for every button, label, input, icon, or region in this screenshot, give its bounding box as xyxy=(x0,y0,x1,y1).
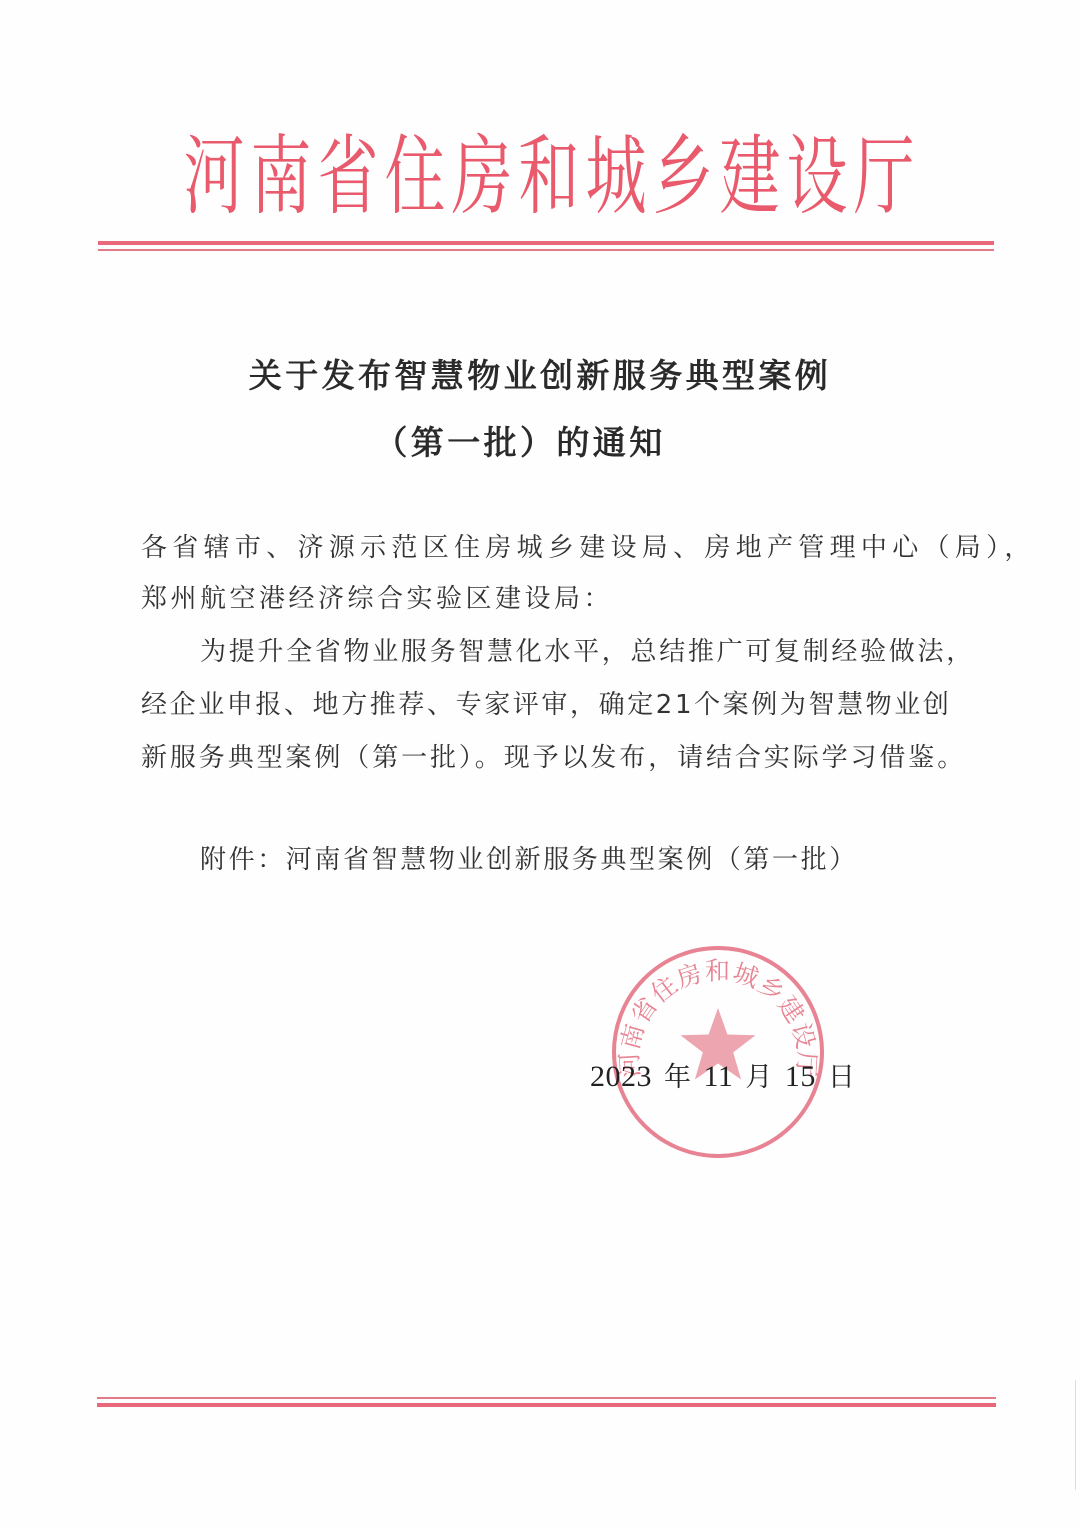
footer-rule-thick xyxy=(97,1403,996,1407)
attachment-line: 附件：河南省智慧物业创新服务典型案例（第一批） xyxy=(200,845,858,875)
notice-title-line-1: 关于发布智慧物业创新服务典型案例 xyxy=(0,350,1080,397)
masthead-rule-thin xyxy=(98,249,994,251)
scan-edge-line xyxy=(1075,1380,1076,1490)
date-month-unit: 月 xyxy=(745,1055,773,1094)
date-month: 11 xyxy=(704,1060,734,1094)
body-line-3: 新服务典型案例（第一批）。现予以发布，请结合实际学习借鉴。 xyxy=(141,743,966,773)
date-year: 2023 xyxy=(590,1060,652,1094)
issue-date: 2023年11月15日 xyxy=(590,1055,867,1094)
addressee-line-1: 各省辖市、济源示范区住房城乡建设局、房地产管理中心（局）， xyxy=(141,533,1036,563)
addressee-line-2: 郑州航空港经济综合实验区建设局： xyxy=(141,584,613,614)
official-seal: 河南省住房和城乡建设厅 xyxy=(606,940,830,1164)
notice-title-line-2: （第一批）的通知 xyxy=(0,417,1060,464)
document-page: 河南省住房和城乡建设厅 关于发布智慧物业创新服务典型案例 （第一批）的通知 各省… xyxy=(0,0,1080,1529)
body-line-2: 经企业申报、地方推荐、专家评审，确定21个案例为智慧物业创 xyxy=(141,690,952,720)
footer-rule-thin xyxy=(97,1397,996,1399)
date-day-unit: 日 xyxy=(828,1055,856,1094)
date-day: 15 xyxy=(785,1060,816,1094)
masthead-rule-thick xyxy=(98,241,994,245)
body-line-1: 为提升全省物业服务智慧化水平，总结推广可复制经验做法， xyxy=(200,637,975,667)
date-year-unit: 年 xyxy=(664,1055,692,1094)
issuing-authority-masthead: 河南省住房和城乡建设厅 xyxy=(172,77,932,262)
